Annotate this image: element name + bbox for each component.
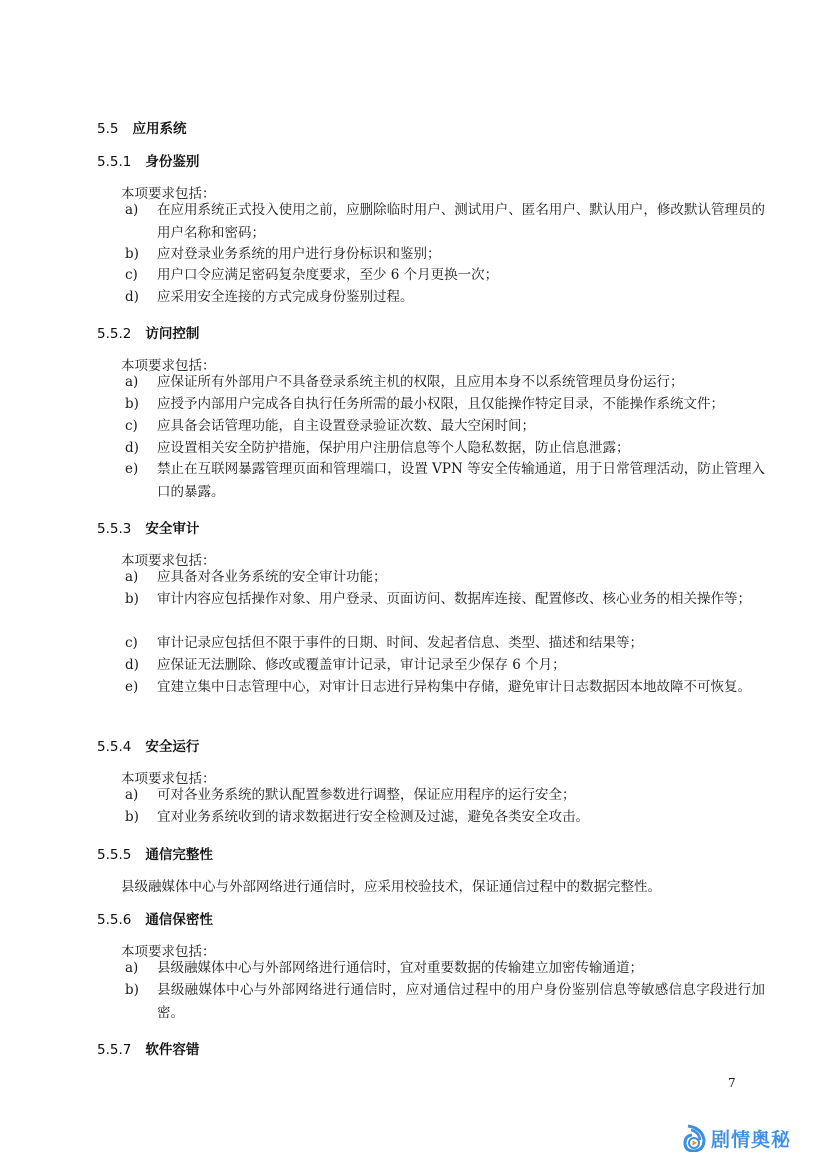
list-item: b)县级融媒体中心与外部网络进行通信时，应对通信过程中的用户身份鉴别信息等敏感信… <box>125 979 765 1025</box>
watermark: 剧情奥秘 <box>682 1124 791 1152</box>
document-page: 5.5应用系统5.5.1身份鉴别本项要求包括：a)在应用系统正式投入使用之前，应… <box>0 0 827 1170</box>
list-item-text: 县级融媒体中心与外部网络进行通信时，宜对重要数据的传输建立加密传输通道； <box>157 957 765 980</box>
section-heading: 5.5.2访问控制 <box>97 322 199 342</box>
list-item: a)县级融媒体中心与外部网络进行通信时，宜对重要数据的传输建立加密传输通道； <box>125 957 765 980</box>
list-item-text: 宜对业务系统收到的请求数据进行安全检测及过滤，避免各类安全攻击。 <box>157 806 765 829</box>
section-title: 访问控制 <box>145 326 199 342</box>
list-item: a)应具备对各业务系统的安全审计功能； <box>125 566 765 589</box>
list-marker: d) <box>125 654 153 677</box>
list-marker: a) <box>125 957 153 980</box>
section-title: 软件容错 <box>145 1042 199 1058</box>
watermark-text: 剧情奥秘 <box>711 1125 791 1152</box>
list-marker: a) <box>125 566 153 589</box>
list-item-text: 禁止在互联网暴露管理页面和管理端口，设置 VPN 等安全传输通道，用于日常管理活… <box>157 458 765 504</box>
list-item-text: 应对登录业务系统的用户进行身份标识和鉴别； <box>157 243 765 266</box>
section-heading: 5.5.6通信保密性 <box>97 908 213 928</box>
list-item: a)应保证所有外部用户不具备登录系统主机的权限，且应用本身不以系统管理员身份运行… <box>125 371 765 394</box>
list-item-text: 县级融媒体中心与外部网络进行通信时，应对通信过程中的用户身份鉴别信息等敏感信息字… <box>157 979 765 1025</box>
list-marker: c) <box>125 264 153 287</box>
list-item-text: 宜建立集中日志管理中心，对审计日志进行异构集中存储，避免审计日志数据因本地故障不… <box>157 676 765 699</box>
list-item: b)宜对业务系统收到的请求数据进行安全检测及过滤，避免各类安全攻击。 <box>125 806 765 829</box>
list-item-text: 审计记录应包括但不限于事件的日期、时间、发起者信息、类型、描述和结果等； <box>157 632 765 655</box>
section-title: 通信完整性 <box>145 847 213 863</box>
section-number: 5.5.2 <box>97 326 131 342</box>
list-marker: c) <box>125 632 153 655</box>
list-item: d)应保证无法删除、修改或覆盖审计记录，审计记录至少保存 6 个月； <box>125 654 765 677</box>
section-number: 5.5 <box>97 121 118 137</box>
list-marker: e) <box>125 676 153 699</box>
section-number: 5.5.5 <box>97 847 131 863</box>
list-marker: b) <box>125 979 153 1002</box>
section-title: 安全运行 <box>145 739 199 755</box>
list-item: b)应授予内部用户完成各自执行任务所需的最小权限，且仅能操作特定目录，不能操作系… <box>125 393 765 416</box>
section-heading: 5.5.3安全审计 <box>97 517 199 537</box>
page-number: 7 <box>728 1076 736 1090</box>
section-heading: 5.5.7软件容错 <box>97 1038 199 1058</box>
list-item: a)在应用系统正式投入使用之前，应删除临时用户、测试用户、匿名用户、默认用户，修… <box>125 199 765 245</box>
list-item: a)可对各业务系统的默认配置参数进行调整，保证应用程序的运行安全； <box>125 784 765 807</box>
section-title: 应用系统 <box>132 121 186 137</box>
list-item-text: 审计内容应包括操作对象、用户登录、页面访问、数据库连接、配置修改、核心业务的相关… <box>157 588 765 611</box>
list-item: c)用户口令应满足密码复杂度要求，至少 6 个月更换一次； <box>125 264 765 287</box>
list-item-text: 应设置相关安全防护措施，保护用户注册信息等个人隐私数据，防止信息泄露； <box>157 437 765 460</box>
section-paragraph: 县级融媒体中心与外部网络进行通信时，应采用校验技术，保证通信过程中的数据完整性。 <box>121 875 661 895</box>
section-heading: 5.5应用系统 <box>97 117 186 137</box>
list-item-text: 应保证无法删除、修改或覆盖审计记录，审计记录至少保存 6 个月； <box>157 654 765 677</box>
section-title: 身份鉴别 <box>145 154 199 170</box>
list-item: c)应具备会话管理功能，自主设置登录验证次数、最大空闲时间； <box>125 415 765 438</box>
section-number: 5.5.3 <box>97 521 131 537</box>
section-heading: 5.5.1身份鉴别 <box>97 150 199 170</box>
list-item: d)应设置相关安全防护措施，保护用户注册信息等个人隐私数据，防止信息泄露； <box>125 437 765 460</box>
list-item-text: 应具备会话管理功能，自主设置登录验证次数、最大空闲时间； <box>157 415 765 438</box>
section-heading: 5.5.4安全运行 <box>97 735 199 755</box>
list-item: b)审计内容应包括操作对象、用户登录、页面访问、数据库连接、配置修改、核心业务的… <box>125 588 765 611</box>
list-item: e)宜建立集中日志管理中心，对审计日志进行异构集中存储，避免审计日志数据因本地故… <box>125 676 765 699</box>
list-item-text: 应授予内部用户完成各自执行任务所需的最小权限，且仅能操作特定目录，不能操作系统文… <box>157 393 765 416</box>
list-item: d)应采用安全连接的方式完成身份鉴别过程。 <box>125 286 765 309</box>
list-item-text: 用户口令应满足密码复杂度要求，至少 6 个月更换一次； <box>157 264 765 287</box>
watermark-logo-icon <box>682 1124 708 1152</box>
list-marker: a) <box>125 784 153 807</box>
list-marker: b) <box>125 806 153 829</box>
list-marker: e) <box>125 458 153 481</box>
list-marker: b) <box>125 588 153 611</box>
list-marker: b) <box>125 243 153 266</box>
section-number: 5.5.1 <box>97 154 131 170</box>
list-marker: d) <box>125 286 153 309</box>
list-marker: a) <box>125 199 153 222</box>
list-marker: a) <box>125 371 153 394</box>
list-item-text: 应采用安全连接的方式完成身份鉴别过程。 <box>157 286 765 309</box>
section-title: 安全审计 <box>145 521 199 537</box>
section-number: 5.5.7 <box>97 1042 131 1058</box>
section-number: 5.5.6 <box>97 912 131 928</box>
section-heading: 5.5.5通信完整性 <box>97 843 213 863</box>
list-item-text: 在应用系统正式投入使用之前，应删除临时用户、测试用户、匿名用户、默认用户，修改默… <box>157 199 765 245</box>
list-marker: d) <box>125 437 153 460</box>
list-marker: b) <box>125 393 153 416</box>
list-item-text: 可对各业务系统的默认配置参数进行调整，保证应用程序的运行安全； <box>157 784 765 807</box>
list-item: b)应对登录业务系统的用户进行身份标识和鉴别； <box>125 243 765 266</box>
list-item-text: 应具备对各业务系统的安全审计功能； <box>157 566 765 589</box>
list-item: e)禁止在互联网暴露管理页面和管理端口，设置 VPN 等安全传输通道，用于日常管… <box>125 458 765 504</box>
list-item-text: 应保证所有外部用户不具备登录系统主机的权限，且应用本身不以系统管理员身份运行； <box>157 371 765 394</box>
list-marker: c) <box>125 415 153 438</box>
section-title: 通信保密性 <box>145 912 213 928</box>
list-item: c)审计记录应包括但不限于事件的日期、时间、发起者信息、类型、描述和结果等； <box>125 632 765 655</box>
section-number: 5.5.4 <box>97 739 131 755</box>
